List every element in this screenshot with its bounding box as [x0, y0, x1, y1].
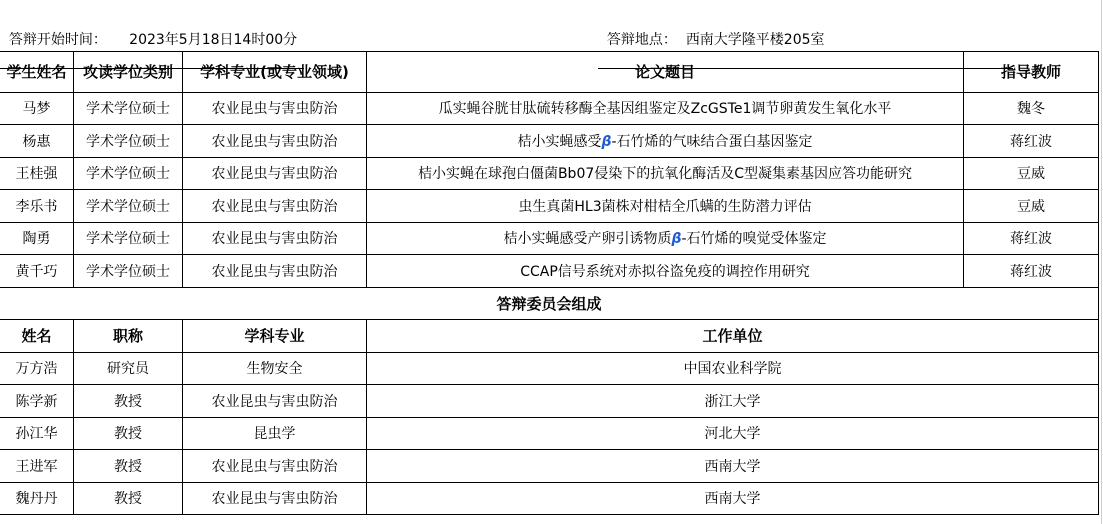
thesis-title-text: CCAP信号系统对赤拟谷盗免疫的调控作用研究	[520, 264, 810, 280]
member-major[interactable]: 农业昆虫与害虫防治	[183, 482, 367, 515]
member-work-unit[interactable]: 河北大学	[367, 417, 1099, 450]
student-row: 马梦 学术学位硕士 农业昆虫与害虫防治 瓜实蝇谷胱甘肽硫转移酶全基因组鉴定及Zc…	[0, 92, 1099, 125]
advisor[interactable]: 蒋红波	[964, 222, 1099, 255]
member-major[interactable]: 昆虫学	[183, 417, 367, 450]
committee-header-row: 姓名 职称 学科专业 工作单位	[0, 320, 1099, 353]
defense-time-value: 2023年5月18日14时00分	[129, 32, 297, 48]
advisor[interactable]: 蒋红波	[964, 255, 1099, 288]
col-header-work-unit: 工作单位	[367, 320, 1099, 353]
col-header-degree-type: 攻读学位类别	[74, 52, 183, 93]
committee-row: 孙江华 教授 昆虫学 河北大学	[0, 417, 1099, 450]
major[interactable]: 农业昆虫与害虫防治	[183, 92, 367, 125]
thesis-title-text: 瓜实蝇谷胱甘肽硫转移酶全基因组鉴定及ZcGSTe1调节卵黄发生氧化水平	[439, 101, 892, 117]
col-header-advisor: 指导教师	[964, 52, 1099, 93]
thesis-title-text: 桔小实蝇感受	[517, 134, 601, 150]
major[interactable]: 农业昆虫与害虫防治	[183, 190, 367, 223]
committee-section-title: 答辩委员会组成	[0, 287, 1099, 320]
col-header-thesis-title: 论文题目	[367, 52, 964, 93]
student-row: 黄千巧 学术学位硕士 农业昆虫与害虫防治 CCAP信号系统对赤拟谷盗免疫的调控作…	[0, 255, 1099, 288]
defense-time-label: 答辩开始时间：	[9, 32, 107, 48]
member-name[interactable]: 魏丹丹	[0, 482, 74, 515]
thesis-title[interactable]: 桔小实蝇在球孢白僵菌Bb07侵染下的抗氧化酶活及C型凝集素基因应答功能研究	[367, 157, 964, 190]
committee-row: 万方浩 研究员 生物安全 中国农业科学院	[0, 352, 1099, 385]
member-name[interactable]: 王进军	[0, 450, 74, 483]
member-name[interactable]: 陈学新	[0, 385, 74, 418]
student-name[interactable]: 陶勇	[0, 222, 74, 255]
member-name[interactable]: 万方浩	[0, 352, 74, 385]
thesis-title-text: 桔小实蝇在球孢白僵菌Bb07侵染下的抗氧化酶活及C型凝集素基因应答功能研究	[418, 166, 912, 182]
student-name[interactable]: 黄千巧	[0, 255, 74, 288]
major[interactable]: 农业昆虫与害虫防治	[183, 255, 367, 288]
major[interactable]: 农业昆虫与害虫防治	[183, 157, 367, 190]
committee-row: 王进军 教授 农业昆虫与害虫防治 西南大学	[0, 450, 1099, 483]
col-header-major: 学科专业(或专业领域)	[183, 52, 367, 93]
member-major[interactable]: 生物安全	[183, 352, 367, 385]
committee-row: 魏丹丹 教授 农业昆虫与害虫防治 西南大学	[0, 482, 1099, 515]
student-name[interactable]: 马梦	[0, 92, 74, 125]
defense-location-value: 西南大学隆平楼205室	[686, 32, 825, 48]
students-header-row: 学生姓名 攻读学位类别 学科专业(或专业领域) 论文题目 指导教师	[0, 52, 1099, 93]
student-row: 杨惠 学术学位硕士 农业昆虫与害虫防治 桔小实蝇感受β-石竹烯的气味结合蛋白基因…	[0, 125, 1099, 158]
student-name[interactable]: 杨惠	[0, 125, 74, 158]
student-name[interactable]: 李乐书	[0, 190, 74, 223]
degree-type[interactable]: 学术学位硕士	[74, 222, 183, 255]
student-row: 陶勇 学术学位硕士 农业昆虫与害虫防治 桔小实蝇感受产卵引诱物质β-石竹烯的嗅觉…	[0, 222, 1099, 255]
advisor[interactable]: 豆威	[964, 190, 1099, 223]
student-name[interactable]: 王桂强	[0, 157, 74, 190]
member-work-unit[interactable]: 中国农业科学院	[367, 352, 1099, 385]
beta-symbol: β	[601, 134, 611, 150]
thesis-title-text: -石竹烯的嗅觉受体鉴定	[681, 231, 826, 247]
member-work-unit[interactable]: 西南大学	[367, 450, 1099, 483]
member-title[interactable]: 教授	[74, 450, 183, 483]
member-title[interactable]: 教授	[74, 385, 183, 418]
advisor[interactable]: 蒋红波	[964, 125, 1099, 158]
degree-type[interactable]: 学术学位硕士	[74, 255, 183, 288]
thesis-title[interactable]: 桔小实蝇感受β-石竹烯的气味结合蛋白基因鉴定	[367, 125, 964, 158]
degree-type[interactable]: 学术学位硕士	[74, 92, 183, 125]
member-name[interactable]: 孙江华	[0, 417, 74, 450]
committee-row: 陈学新 教授 农业昆虫与害虫防治 浙江大学	[0, 385, 1099, 418]
col-header-student-name: 学生姓名	[0, 52, 74, 93]
col-header-member-title: 职称	[74, 320, 183, 353]
col-header-member-name: 姓名	[0, 320, 74, 353]
member-work-unit[interactable]: 西南大学	[367, 482, 1099, 515]
thesis-title-text: 桔小实蝇感受产卵引诱物质	[503, 231, 671, 247]
member-work-unit[interactable]: 浙江大学	[367, 385, 1099, 418]
col-header-member-major: 学科专业	[183, 320, 367, 353]
thesis-title[interactable]: 虫生真菌HL3菌株对柑桔全爪螨的生防潜力评估	[367, 190, 964, 223]
member-major[interactable]: 农业昆虫与害虫防治	[183, 385, 367, 418]
member-title[interactable]: 教授	[74, 482, 183, 515]
degree-type[interactable]: 学术学位硕士	[74, 190, 183, 223]
major[interactable]: 农业昆虫与害虫防治	[183, 125, 367, 158]
thesis-title[interactable]: 瓜实蝇谷胱甘肽硫转移酶全基因组鉴定及ZcGSTe1调节卵黄发生氧化水平	[367, 92, 964, 125]
thesis-title[interactable]: 桔小实蝇感受产卵引诱物质β-石竹烯的嗅觉受体鉴定	[367, 222, 964, 255]
beta-symbol: β	[671, 231, 681, 247]
thesis-title-text: -石竹烯的气味结合蛋白基因鉴定	[611, 134, 812, 150]
sheet-gridline	[1101, 0, 1102, 524]
defense-location-label: 答辩地点：	[607, 32, 677, 48]
degree-type[interactable]: 学术学位硕士	[74, 125, 183, 158]
advisor[interactable]: 魏冬	[964, 92, 1099, 125]
thesis-title-text: 虫生真菌HL3菌株对柑桔全爪螨的生防潜力评估	[518, 199, 811, 215]
advisor[interactable]: 豆威	[964, 157, 1099, 190]
student-row: 李乐书 学术学位硕士 农业昆虫与害虫防治 虫生真菌HL3菌株对柑桔全爪螨的生防潜…	[0, 190, 1099, 223]
thesis-title[interactable]: CCAP信号系统对赤拟谷盗免疫的调控作用研究	[367, 255, 964, 288]
committee-section-row: 答辩委员会组成	[0, 287, 1099, 320]
degree-type[interactable]: 学术学位硕士	[74, 157, 183, 190]
student-row: 王桂强 学术学位硕士 农业昆虫与害虫防治 桔小实蝇在球孢白僵菌Bb07侵染下的抗…	[0, 157, 1099, 190]
member-title[interactable]: 研究员	[74, 352, 183, 385]
member-major[interactable]: 农业昆虫与害虫防治	[183, 450, 367, 483]
major[interactable]: 农业昆虫与害虫防治	[183, 222, 367, 255]
defense-table: 学生姓名 攻读学位类别 学科专业(或专业领域) 论文题目 指导教师 马梦 学术学…	[0, 51, 1099, 515]
member-title[interactable]: 教授	[74, 417, 183, 450]
